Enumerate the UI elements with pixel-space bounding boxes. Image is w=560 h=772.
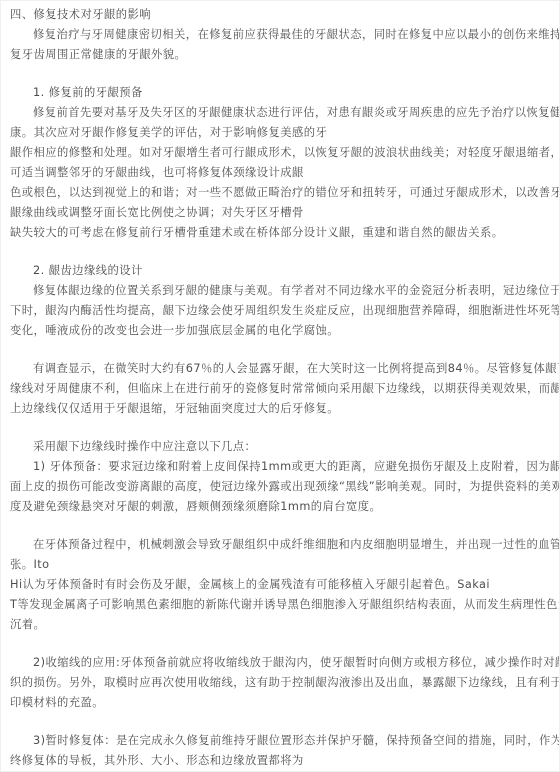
text-line: 张。Ito: [10, 555, 551, 575]
text-line: 色或根色，以达到视觉上的和谐；对一些不愿做正畸治疗的错位牙和扭转牙，可通过牙龈成…: [10, 183, 551, 203]
text-line: 印模材料的充盈。: [10, 693, 551, 713]
text-line: 可适当调整邻牙的牙龈曲线，也可将修复体颈缘设计成龈: [10, 163, 551, 183]
paragraph-block: 在牙体预备过程中，机械刺激会导致牙龈组织中成纤维细胞和内皮细胞明显增生，并出现一…: [10, 535, 551, 635]
text-line: T等发现金属离子可影响黑色素细胞的新陈代谢并诱导黑色细胞渗入牙龈组织结构表面，从…: [10, 595, 551, 615]
text-line: 康。其次应对牙龈作修复美学的评估，对于影响修复美感的牙: [10, 123, 551, 143]
sub-heading: 2. 龈齿边缘线的设计: [10, 261, 551, 281]
text-line: 采用龈下边缘线时操作中应注意以下几点：: [10, 437, 551, 457]
paragraph-block: 2. 龈齿边缘线的设计修复体龈边缘的位置关系到牙龈的健康与美观。有学者对不同边缘…: [10, 261, 551, 341]
text-line: 度及避免颈缘悬突对牙龈的刺激，唇颊侧颈缘须磨除1mm的肩台宽度。: [10, 497, 551, 517]
section-heading: 四、修复技术对牙龈的影响: [10, 5, 551, 25]
paragraph-block: 3)暂时修复体：是在完成永久修复前维持牙龈位置形态并保护牙髓，保持预备空间的措施…: [10, 731, 551, 771]
paragraph-block: 2)收缩线的应用:牙体预备前就应将收缩线放于龈沟内，使牙龈暂时向侧方或根方移位，…: [10, 653, 551, 713]
text-line: 修复治疗与牙周健康密切相关，在修复前应获得最佳的牙龈状态，同时在修复中应以最小的…: [10, 25, 551, 45]
text-line: 龈缘曲线或调整牙面长宽比例使之协调；对失牙区牙槽骨: [10, 203, 551, 223]
text-line: 沉着。: [10, 615, 551, 635]
paragraph-block: 有调查显示，在微笑时大约有67％的人会显露牙龈，在大笑时这一比例将提高到84％。…: [10, 359, 551, 419]
paragraph-block: 采用龈下边缘线时操作中应注意以下几点：1) 牙体预备：要求冠边缘和附着上皮间保持…: [10, 437, 551, 517]
text-line: 织的损伤。另外，取模时应再次使用收缩线，这有助于控制龈沟液渗出及出血，暴露龈下边…: [10, 673, 551, 693]
text-line: 3)暂时修复体：是在完成永久修复前维持牙龈位置形态并保护牙髓，保持预备空间的措施…: [10, 731, 551, 751]
text-line: 面上皮的损伤可能改变游离龈的高度，使冠边缘外露或出现颈缘“黑线”影响美观。同时，…: [10, 477, 551, 497]
sub-heading: 1. 修复前的牙龈预备: [10, 83, 551, 103]
text-line: 1) 牙体预备：要求冠边缘和附着上皮间保持1mm或更大的距离，应避免损伤牙龈及上…: [10, 457, 551, 477]
text-line: 缺失较大的可考虑在修复前行牙槽骨重建术或在桥体部分设计义龈，重建和谐自然的龈齿关…: [10, 223, 551, 243]
text-line: 2)收缩线的应用:牙体预备前就应将收缩线放于龈沟内，使牙龈暂时向侧方或根方移位，…: [10, 653, 551, 673]
text-line: 修复前首先要对基牙及失牙区的牙龈健康状态进行评估，对患有龈炎或牙周疾患的应先予治…: [10, 103, 551, 123]
text-line: Hi认为牙体预备时有时会伤及牙龈，金属核上的金属残渣有可能移植入牙龈引起着色。S…: [10, 575, 551, 595]
text-line: 上边缘线仅仅适用于牙龈退缩，牙冠轴面突度过大的后牙修复。: [10, 399, 551, 419]
document-body: 四、修复技术对牙龈的影响修复治疗与牙周健康密切相关，在修复前应获得最佳的牙龈状态…: [1, 1, 559, 771]
paragraph-block: 1. 修复前的牙龈预备修复前首先要对基牙及失牙区的牙龈健康状态进行评估，对患有龈…: [10, 83, 551, 243]
paragraph-block: 四、修复技术对牙龈的影响修复治疗与牙周健康密切相关，在修复前应获得最佳的牙龈状态…: [10, 5, 551, 65]
text-line: 在牙体预备过程中，机械刺激会导致牙龈组织中成纤维细胞和内皮细胞明显增生，并出现一…: [10, 535, 551, 555]
text-line: 下时，龈沟内酶活性均提高，龈下边缘会使牙周组织发生炎症反应，出现细胞营养障碍，细…: [10, 301, 551, 321]
text-line: 复牙齿周围正常健康的牙龈外貌。: [10, 45, 551, 65]
text-line: 缘线对牙周健康不利，但临床上在进行前牙的瓷修复时常常倾向采用龈下边缘线，以期获得…: [10, 379, 551, 399]
text-line: 有调查显示，在微笑时大约有67％的人会显露牙龈，在大笑时这一比例将提高到84％。…: [10, 359, 551, 379]
text-line: 变化，唾液成份的改变也会进一步加强底层金属的电化学腐蚀。: [10, 321, 551, 341]
text-line: 终修复体的导板，其外形、大小、形态和边缘放置都将为: [10, 751, 551, 771]
text-line: 龈作相应的修整和处理。如对牙龈增生者可行龈成形术，以恢复牙龈的波浪状曲线美；对轻…: [10, 143, 551, 163]
text-line: 修复体龈边缘的位置关系到牙龈的健康与美观。有学者对不同边缘水平的金瓷冠分析表明，…: [10, 281, 551, 301]
